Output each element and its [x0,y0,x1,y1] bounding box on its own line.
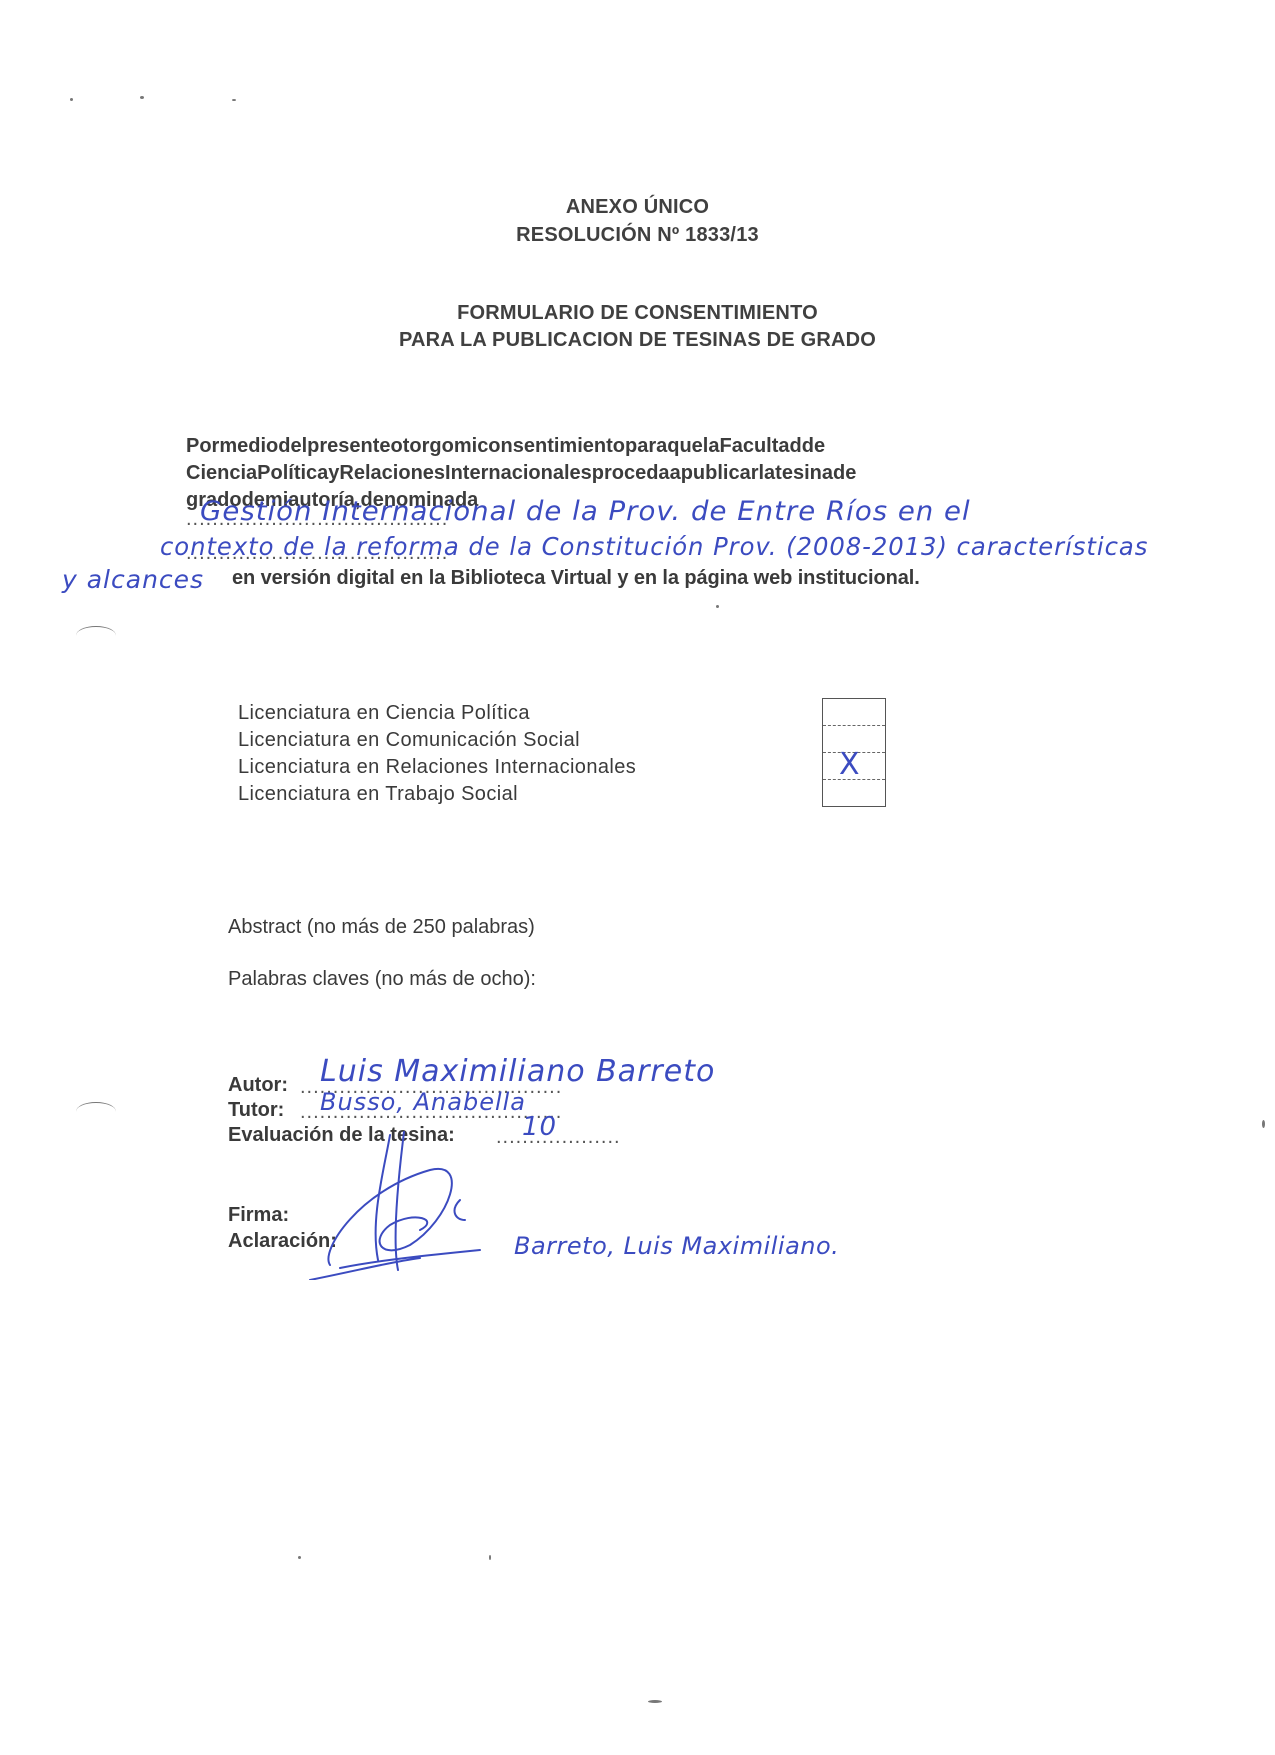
consent-word: Relaciones [339,462,445,484]
consent-word: la [703,435,720,457]
scan-speck [716,605,719,608]
degree-checkbox-column: X [822,698,886,807]
consent-word: consentimiento [477,435,625,457]
consent-word: publicar [681,462,759,484]
consent-word: que [667,435,703,457]
tutor-value[interactable]: Busso, Anabella [320,1088,526,1116]
checkbox-trabajo-social[interactable] [823,780,885,806]
scan-mark [76,1102,116,1121]
consent-line-1: Pormediodelpresenteotorgomiconsentimient… [186,433,1084,460]
consent-word: otorgo [391,435,454,457]
consent-word: medio [219,435,278,457]
consent-word: Ciencia [186,462,257,484]
consent-word: mi [454,435,477,457]
consent-word: Por [186,435,219,457]
consent-word: Política [257,462,328,484]
consent-word: de [833,462,856,484]
checkbox-ciencia-politica[interactable] [823,699,885,726]
form-title-line2: PARA LA PUBLICACION DE TESINAS DE GRADO [0,329,1275,352]
scan-speck [1262,1120,1265,1128]
clarification-value[interactable]: Barreto, Luis Maximiliano. [514,1232,839,1260]
scan-speck [70,98,73,101]
checkbox-relaciones-internacionales[interactable]: X [823,753,885,780]
thesis-title-handwritten-line3[interactable]: y alcances [62,565,204,594]
consent-word: de [802,435,825,457]
consent-word: Internacionales [445,462,592,484]
resolution-heading: RESOLUCIÓN Nº 1833/13 [0,224,1275,247]
scan-speck [140,96,144,99]
consent-word: la [758,462,775,484]
consent-word: proceda [592,462,670,484]
consent-word: del [278,435,307,457]
degree-option-label: Licenciatura en Ciencia Política [238,700,636,727]
abstract-label: Abstract (no más de 250 palabras) [228,916,535,939]
consent-word: presente [307,435,390,457]
form-title-line1: FORMULARIO DE CONSENTIMIENTO [0,302,1275,325]
consent-word: tesina [775,462,833,484]
scan-speck [648,1700,662,1703]
annex-heading: ANEXO ÚNICO [0,196,1275,219]
evaluation-value[interactable]: 10 [522,1112,557,1142]
consent-word: y [328,462,339,484]
consent-form-page: ANEXO ÚNICO RESOLUCIÓN Nº 1833/13 FORMUL… [0,0,1275,1755]
scan-mark [76,626,116,645]
scan-speck [298,1556,301,1559]
degree-option-label: Licenciatura en Comunicación Social [238,727,636,754]
author-label: Autor: [228,1074,288,1097]
consent-word: Facultad [719,435,801,457]
signature-label: Firma: [228,1204,289,1227]
keywords-label: Palabras claves (no más de ocho): [228,968,536,991]
consent-line-2: CienciaPolíticayRelacionesInternacionale… [186,460,1084,487]
x-mark-icon: X [839,747,860,782]
consent-word: para [625,435,667,457]
tutor-label: Tutor: [228,1099,284,1122]
degree-options-list: Licenciatura en Ciencia Política Licenci… [238,700,636,808]
scan-speck [232,99,236,101]
consent-closing-text: en versión digital en la Biblioteca Virt… [232,567,920,590]
consent-word: a [670,462,681,484]
signature-scribble [300,1130,520,1280]
thesis-title-handwritten-line1[interactable]: Gestión Internacional de la Prov. de Ent… [200,496,971,527]
degree-option-label: Licenciatura en Relaciones Internacional… [238,754,636,781]
degree-option-label: Licenciatura en Trabajo Social [238,781,636,808]
scan-speck [489,1555,491,1560]
thesis-title-handwritten-line2[interactable]: contexto de la reforma de la Constitució… [160,532,1148,561]
author-value[interactable]: Luis Maximiliano Barreto [320,1054,715,1089]
